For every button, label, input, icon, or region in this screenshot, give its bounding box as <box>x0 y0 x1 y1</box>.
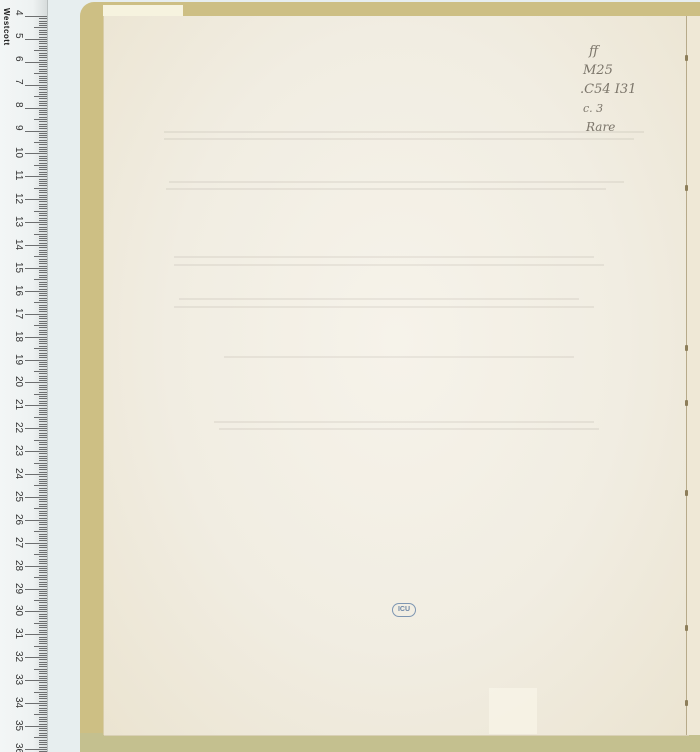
ruler-tick <box>39 694 47 695</box>
ruler-tick <box>39 522 47 523</box>
ruler-tick <box>39 513 47 514</box>
ruler-tick <box>39 540 47 541</box>
ruler-tick <box>39 366 47 367</box>
ruler-tick <box>25 153 47 154</box>
ruler-tick <box>39 163 47 164</box>
ruler-tick <box>39 41 47 42</box>
ruler-tick <box>34 348 47 349</box>
ruler-tick <box>39 135 47 136</box>
ruler-tick <box>25 222 47 223</box>
ruler-tick <box>34 485 47 486</box>
ruler-tick <box>39 492 47 493</box>
ruler-tick <box>39 735 47 736</box>
ruler-tick <box>39 78 47 79</box>
ruler-tick <box>39 609 47 610</box>
ruler-tick <box>25 566 47 567</box>
ruler-tick <box>39 327 47 328</box>
ruler-tick <box>39 261 47 262</box>
ruler-tick <box>39 169 47 170</box>
ruler-tick <box>39 270 47 271</box>
ruler-tick <box>39 511 47 512</box>
ruler-tick <box>39 655 47 656</box>
ruler-label: 27 <box>11 537 25 548</box>
ruler-tick <box>39 662 47 663</box>
ruler-tick <box>25 176 47 177</box>
ruler-tick <box>39 357 47 358</box>
ruler-label: 15 <box>11 262 25 273</box>
ruler-tick <box>39 504 47 505</box>
ruler-tick <box>34 577 47 578</box>
ruler-tick <box>39 227 47 228</box>
ruler-label: 6 <box>11 56 25 62</box>
ruler-tick <box>39 272 47 273</box>
ruler-tick <box>39 666 47 667</box>
ruler-tick <box>34 165 47 166</box>
ruler-tick <box>25 245 47 246</box>
ruler-tick <box>25 314 47 315</box>
ruler-tick <box>39 476 47 477</box>
ruler-tick <box>39 705 47 706</box>
ruler-tick <box>39 687 47 688</box>
ruler-tick <box>39 550 47 551</box>
ruler-tick <box>39 447 47 448</box>
ruler-tick <box>39 437 47 438</box>
ruler-tick <box>39 481 47 482</box>
ruler-tick <box>39 724 47 725</box>
ruler-tick <box>39 318 47 319</box>
ruler-tick <box>39 82 47 83</box>
ruler-tick <box>39 501 47 502</box>
ruler-tick <box>39 534 47 535</box>
ruler-tick <box>39 334 47 335</box>
ruler-tick <box>39 53 47 54</box>
ruler-tick <box>39 572 47 573</box>
ruler-tick <box>39 424 47 425</box>
ruler-tick <box>39 190 47 191</box>
ruler-label: 23 <box>11 445 25 456</box>
ruler-tick <box>25 680 47 681</box>
ruler-tick <box>39 403 47 404</box>
ruler-tick <box>39 80 47 81</box>
call-number-line: ff <box>589 42 673 61</box>
ruler-tick <box>39 465 47 466</box>
ruler-tick <box>39 213 47 214</box>
ruler-tick <box>39 254 47 255</box>
ruler-tick <box>39 144 47 145</box>
ruler-tick <box>34 188 47 189</box>
stitch-mark <box>685 700 688 706</box>
ruler-tick <box>39 545 47 546</box>
ruler-tick <box>34 646 47 647</box>
ruler-tick <box>25 474 47 475</box>
ruler-tick <box>39 250 47 251</box>
ruler-tick <box>25 108 47 109</box>
ruler-tick <box>39 167 47 168</box>
measuring-ruler: Westcott 4567891011121314151617181920212… <box>0 0 48 752</box>
ruler-tick <box>39 712 47 713</box>
ruler-label: 29 <box>11 583 25 594</box>
ruler-tick <box>39 456 47 457</box>
ruler-tick <box>39 231 47 232</box>
ruler-tick <box>39 380 47 381</box>
ruler-tick <box>39 101 47 102</box>
ruler-tick <box>34 279 47 280</box>
ruler-tick <box>25 497 47 498</box>
ruler-tick <box>39 282 47 283</box>
bleed-through-line <box>179 298 579 300</box>
ruler-tick <box>39 730 47 731</box>
paper-repair-patch <box>489 688 537 734</box>
ruler-tick <box>34 302 47 303</box>
ruler-tick <box>25 428 47 429</box>
ruler-tick <box>39 330 47 331</box>
ruler-tick <box>39 69 47 70</box>
ruler-tick <box>39 341 47 342</box>
ruler-tick <box>39 499 47 500</box>
ruler-tick <box>39 57 47 58</box>
ruler-tick <box>25 611 47 612</box>
ruler-tick <box>39 151 47 152</box>
ruler-tick <box>39 343 47 344</box>
ruler-tick <box>39 263 47 264</box>
ruler-label: 21 <box>11 399 25 410</box>
ruler-tick <box>39 627 47 628</box>
ruler-tick <box>39 252 47 253</box>
ruler-label: 25 <box>11 491 25 502</box>
ruler-tick <box>39 598 47 599</box>
stitch-mark <box>685 345 688 351</box>
ruler-tick <box>39 18 47 19</box>
ruler-tick <box>39 229 47 230</box>
ruler-tick <box>39 286 47 287</box>
ruler-tick <box>39 158 47 159</box>
ruler-tick <box>25 451 47 452</box>
ruler-tick <box>39 55 47 56</box>
call-number-line: .C54 I31 <box>580 80 673 99</box>
ruler-tick <box>39 648 47 649</box>
stitch-mark <box>685 185 688 191</box>
ruler-tick <box>39 332 47 333</box>
ruler-tick <box>39 218 47 219</box>
ruler-tick <box>39 309 47 310</box>
ruler-tick <box>39 559 47 560</box>
ruler-tick <box>39 295 47 296</box>
ruler-tick <box>34 508 47 509</box>
ruler-brand: Westcott <box>1 8 11 48</box>
ruler-tick <box>34 256 47 257</box>
ruler-tick <box>39 676 47 677</box>
ruler-tick <box>39 483 47 484</box>
ruler-tick <box>39 114 47 115</box>
ruler-tick <box>39 156 47 157</box>
ruler-tick <box>39 117 47 118</box>
ruler-tick <box>25 131 47 132</box>
ruler-tick <box>39 561 47 562</box>
ruler-label: 24 <box>11 468 25 479</box>
ruler-label: 20 <box>11 376 25 387</box>
ruler-label: 16 <box>11 285 25 296</box>
ruler-tick <box>39 442 47 443</box>
ruler-tick <box>39 185 47 186</box>
bleed-through-line <box>174 306 594 308</box>
ruler-tick <box>25 85 47 86</box>
ruler-tick <box>39 236 47 237</box>
ruler-tick <box>39 637 47 638</box>
ruler-tick <box>39 625 47 626</box>
ruler-tick <box>25 726 47 727</box>
ruler-tick <box>39 392 47 393</box>
ruler-tick <box>25 62 47 63</box>
ruler-tick <box>39 215 47 216</box>
ruler-label: 34 <box>11 697 25 708</box>
ruler-tick <box>39 689 47 690</box>
ruler-tick <box>39 398 47 399</box>
ruler-tick <box>39 32 47 33</box>
ruler-tick <box>39 430 47 431</box>
ruler-tick <box>39 64 47 65</box>
ruler-tick <box>39 195 47 196</box>
bleed-through-line <box>169 181 624 183</box>
ruler-tick <box>39 305 47 306</box>
ruler-tick <box>39 570 47 571</box>
ruler-tick <box>39 414 47 415</box>
ruler-tick <box>39 607 47 608</box>
ruler-tick <box>39 179 47 180</box>
ruler-tick <box>39 60 47 61</box>
ruler-tick <box>34 737 47 738</box>
ruler-tick <box>34 371 47 372</box>
ruler-tick <box>39 433 47 434</box>
ruler-tick <box>39 575 47 576</box>
ruler-label: 32 <box>11 651 25 662</box>
ruler-tick <box>39 92 47 93</box>
ruler-tick <box>39 87 47 88</box>
bleed-through-line <box>166 188 606 190</box>
ruler-tick <box>39 659 47 660</box>
ruler-label: 33 <box>11 674 25 685</box>
ruler-tick <box>39 710 47 711</box>
ruler-tick <box>39 105 47 106</box>
ruler-tick <box>39 472 47 473</box>
ruler-tick <box>39 25 47 26</box>
ruler-tick <box>39 133 47 134</box>
ruler-label: 30 <box>11 605 25 616</box>
ruler-tick <box>39 94 47 95</box>
ruler-label: 35 <box>11 720 25 731</box>
ruler-tick <box>34 531 47 532</box>
ruler-tick <box>34 440 47 441</box>
ruler-tick <box>25 291 47 292</box>
ruler-tick <box>39 201 47 202</box>
ruler-tick <box>39 307 47 308</box>
ruler-tick <box>39 488 47 489</box>
ruler-tick <box>39 34 47 35</box>
ruler-tick <box>39 506 47 507</box>
ruler-tick <box>39 490 47 491</box>
ruler-tick <box>39 66 47 67</box>
bleed-through-line <box>224 356 574 358</box>
ruler-tick <box>39 266 47 267</box>
ruler-tick <box>25 589 47 590</box>
ruler-tick <box>39 112 47 113</box>
bleed-through-line <box>174 256 594 258</box>
ruler-tick <box>39 364 47 365</box>
ruler-tick <box>39 591 47 592</box>
ruler-tick <box>39 664 47 665</box>
ruler-label: 8 <box>11 102 25 108</box>
backing-board-bottom-edge <box>80 733 700 752</box>
ruler-tick <box>39 339 47 340</box>
bleed-through-line <box>164 131 644 133</box>
ruler-tick <box>39 376 47 377</box>
ruler-tick <box>39 479 47 480</box>
ruler-label: 26 <box>11 514 25 525</box>
ruler-tick <box>39 259 47 260</box>
ruler-tick <box>34 669 47 670</box>
ruler-tick <box>39 524 47 525</box>
ruler-tick <box>39 346 47 347</box>
ruler-tick <box>34 417 47 418</box>
ruler-label: 36 <box>11 743 25 752</box>
ruler-tick <box>25 703 47 704</box>
ruler-tick <box>39 181 47 182</box>
ruler-tick <box>39 46 47 47</box>
ruler-tick <box>39 321 47 322</box>
ruler-tick <box>39 444 47 445</box>
ruler-label: 5 <box>11 33 25 39</box>
ruler-label: 4 <box>11 10 25 16</box>
ruler-tick <box>39 408 47 409</box>
ruler-tick <box>39 396 47 397</box>
ruler-tick <box>34 325 47 326</box>
ruler-tick <box>39 671 47 672</box>
ruler-tick <box>34 600 47 601</box>
ruler-tick <box>34 623 47 624</box>
ruler-tick <box>34 73 47 74</box>
ruler-tick <box>39 311 47 312</box>
ruler-tick <box>39 238 47 239</box>
ruler-tick <box>39 538 47 539</box>
ruler-tick <box>39 197 47 198</box>
ruler-label: 9 <box>11 125 25 131</box>
ruler-label: 14 <box>11 239 25 250</box>
ruler-tick <box>39 385 47 386</box>
ruler-tick <box>39 618 47 619</box>
ruler-label: 10 <box>11 147 25 158</box>
ruler-tick <box>39 460 47 461</box>
ruler-tick <box>39 204 47 205</box>
ruler-label: 11 <box>11 170 25 180</box>
bleed-through-line <box>174 264 604 266</box>
ruler-tick <box>39 284 47 285</box>
ruler-tick <box>34 211 47 212</box>
ruler-tick <box>39 733 47 734</box>
ruler-tick <box>39 419 47 420</box>
ruler-tick <box>39 71 47 72</box>
ruler-tick <box>39 208 47 209</box>
ruler-tick <box>39 76 47 77</box>
ruler-tick <box>39 632 47 633</box>
ruler-tick <box>39 426 47 427</box>
ruler-tick <box>25 360 47 361</box>
stitch-mark <box>685 625 688 631</box>
ruler-tick <box>39 89 47 90</box>
ruler-tick <box>25 268 47 269</box>
ruler-label: 7 <box>11 79 25 85</box>
ruler-tick <box>39 650 47 651</box>
ruler-tick <box>39 698 47 699</box>
ruler-tick <box>39 98 47 99</box>
ruler-tick <box>39 23 47 24</box>
ruler-tick <box>34 234 47 235</box>
ruler-tick <box>39 362 47 363</box>
ruler-tick <box>39 323 47 324</box>
ruler-tick <box>39 696 47 697</box>
ruler-tick <box>39 174 47 175</box>
ruler-tick <box>39 355 47 356</box>
ruler-tick <box>39 316 47 317</box>
handwritten-call-number: ff M25 .C54 I31 c. 3 Rare <box>583 42 673 137</box>
ruler-label: 12 <box>11 193 25 204</box>
ruler-tick <box>39 547 47 548</box>
ruler-tick <box>39 568 47 569</box>
ruler-tick <box>39 37 47 38</box>
ruler-tick <box>39 682 47 683</box>
ruler-tick <box>25 39 47 40</box>
ruler-tick <box>25 382 47 383</box>
bleed-through-line <box>219 428 599 430</box>
ruler-tick <box>39 639 47 640</box>
ruler-tick <box>39 369 47 370</box>
ruler-tick <box>25 634 47 635</box>
ruler-tick <box>39 467 47 468</box>
ruler-tick <box>39 412 47 413</box>
ruler-tick <box>39 43 47 44</box>
ruler-tick <box>25 337 47 338</box>
stitch-mark <box>685 55 688 61</box>
ruler-tick <box>39 353 47 354</box>
call-number-line: c. 3 <box>583 99 673 118</box>
ruler-tick <box>39 121 47 122</box>
ruler-tick <box>39 21 47 22</box>
ruler-tick <box>34 554 47 555</box>
ruler-tick <box>39 593 47 594</box>
ruler-tick <box>39 247 47 248</box>
ruler-tick <box>39 614 47 615</box>
ruler-tick <box>34 714 47 715</box>
ruler-tick <box>39 744 47 745</box>
ruler-tick <box>39 586 47 587</box>
ruler-tick <box>39 701 47 702</box>
ruler-tick <box>25 749 47 750</box>
ruler-label: 13 <box>11 216 25 227</box>
ruler-tick <box>39 350 47 351</box>
ruler-tick <box>39 518 47 519</box>
ruler-tick <box>39 616 47 617</box>
ruler-tick <box>39 579 47 580</box>
ruler-tick <box>39 183 47 184</box>
ruler-tick <box>39 172 47 173</box>
ruler-tick <box>34 27 47 28</box>
ruler-tick <box>39 469 47 470</box>
ruler-label: 17 <box>11 308 25 319</box>
ruler-tick <box>39 643 47 644</box>
ruler-tick <box>39 527 47 528</box>
ruler-tick <box>39 728 47 729</box>
ruler-tick <box>39 584 47 585</box>
ruler-tick <box>34 96 47 97</box>
ruler-tick <box>39 742 47 743</box>
